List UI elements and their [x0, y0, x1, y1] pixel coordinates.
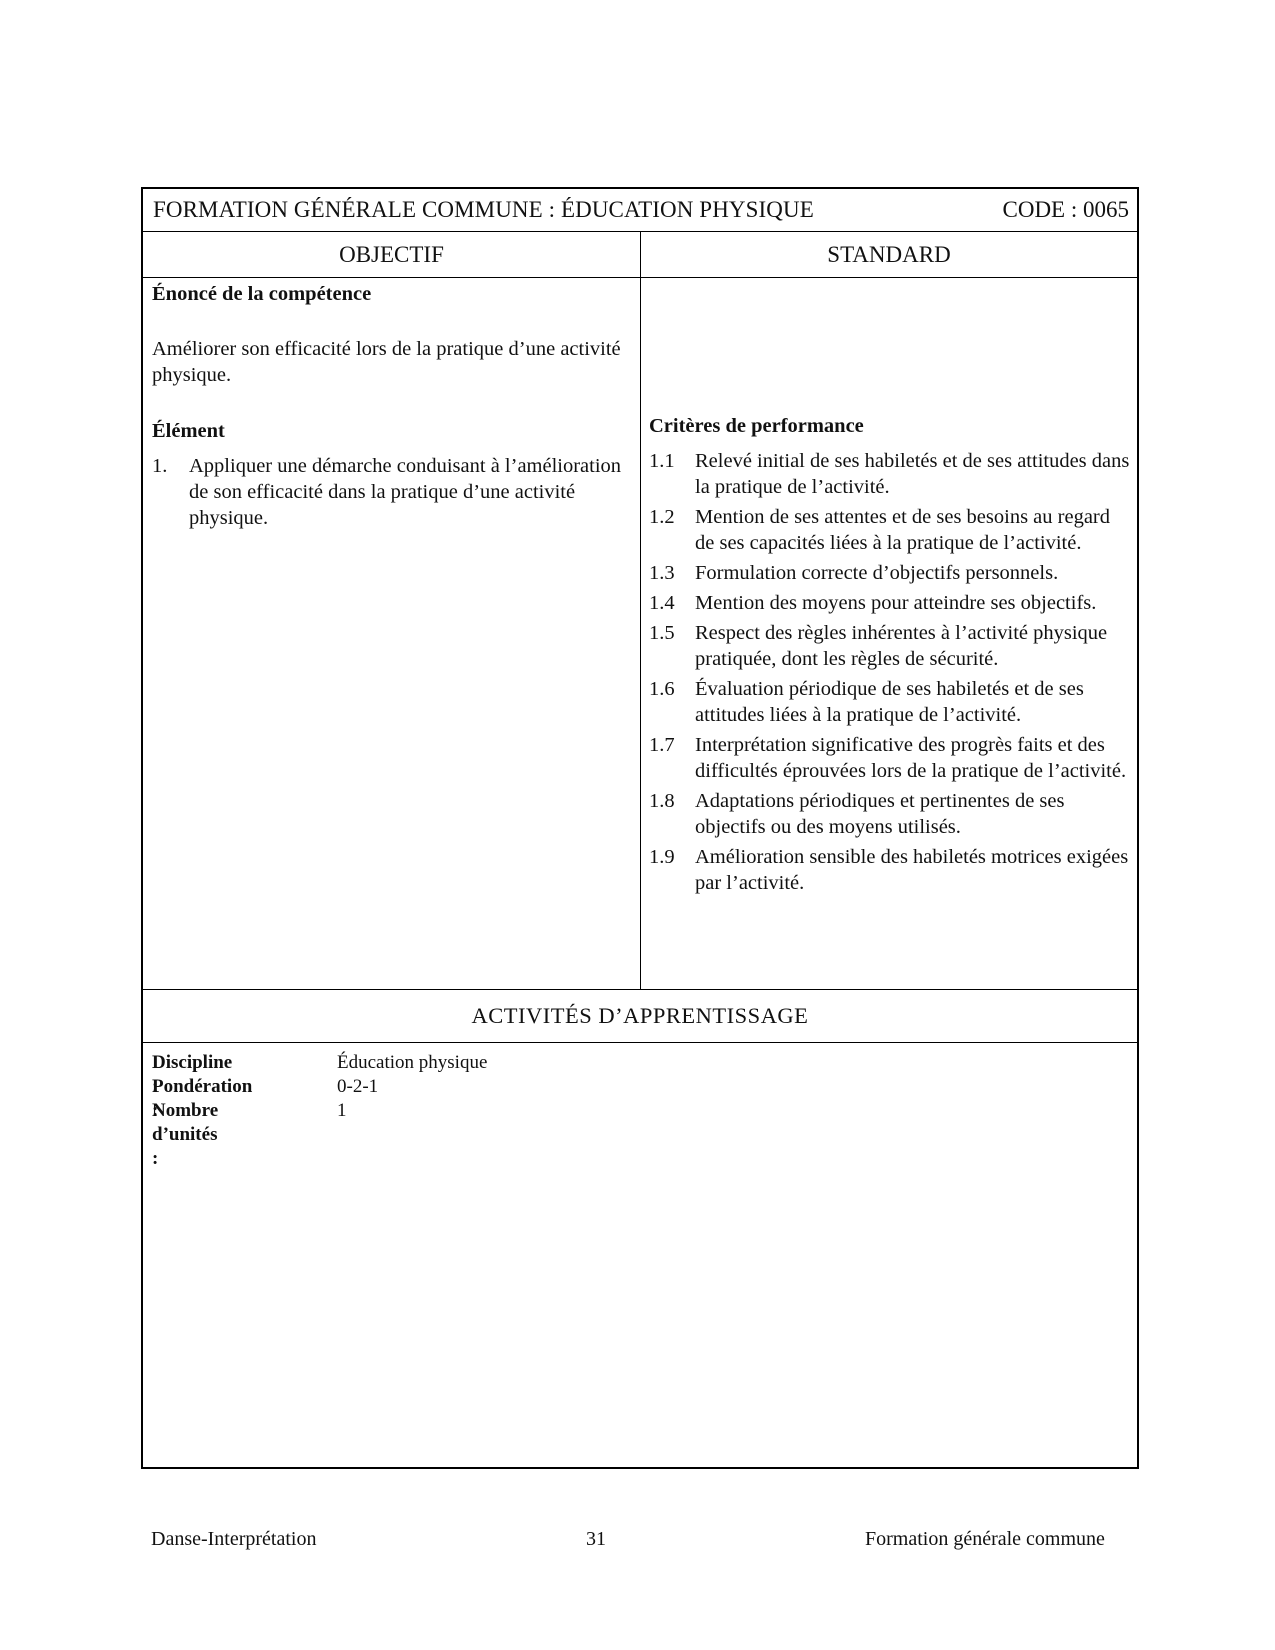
- criterion-item: 1.9Amélioration sensible des habiletés m…: [649, 844, 1133, 896]
- criterion-text: Formulation correcte d’objectifs personn…: [695, 562, 1058, 584]
- criterion-number: 1.9: [649, 844, 675, 870]
- title-row: FORMATION GÉNÉRALE COMMUNE : ÉDUCATION P…: [143, 189, 1137, 232]
- criterion-text: Relevé initial de ses habiletés et de se…: [695, 450, 1129, 498]
- objectif-header: OBJECTIF: [143, 232, 640, 277]
- enonce-text: Améliorer son efficacité lors de la prat…: [152, 336, 632, 388]
- element-heading: Élément: [152, 418, 632, 444]
- criterion-item: 1.1Relevé initial de ses habiletés et de…: [649, 448, 1133, 500]
- criterion-number: 1.4: [649, 590, 675, 616]
- criterion-number: 1.3: [649, 560, 675, 586]
- element-text: Appliquer une démarche conduisant à l’am…: [189, 455, 621, 529]
- criterion-text: Mention de ses attentes et de ses besoin…: [695, 506, 1110, 554]
- element-number: 1.: [152, 453, 167, 479]
- standard-column: Critères de performance 1.1Relevé initia…: [649, 278, 1133, 896]
- criterion-number: 1.6: [649, 676, 675, 702]
- criterion-number: 1.5: [649, 620, 675, 646]
- standard-header: STANDARD: [641, 232, 1137, 277]
- enonce-heading: Énoncé de la compétence: [152, 281, 632, 307]
- criterion-item: 1.5Respect des règles inhérentes à l’act…: [649, 620, 1133, 672]
- footer-program: Danse-Interprétation: [151, 1528, 316, 1551]
- criterion-number: 1.2: [649, 504, 675, 530]
- criterion-item: 1.4Mention des moyens pour atteindre ses…: [649, 590, 1133, 616]
- criterion-number: 1.1: [649, 448, 675, 474]
- criterion-text: Mention des moyens pour atteindre ses ob…: [695, 592, 1096, 614]
- column-divider: [640, 232, 641, 989]
- criterion-text: Évaluation périodique de ses habiletés e…: [695, 678, 1084, 726]
- activities-row: ACTIVITÉS D’APPRENTISSAGE: [143, 989, 1137, 1043]
- objectif-column: Énoncé de la compétence Améliorer son ef…: [152, 278, 632, 531]
- criterion-item: 1.3Formulation correcte d’objectifs pers…: [649, 560, 1133, 586]
- element-item: 1. Appliquer une démarche conduisant à l…: [152, 453, 632, 531]
- course-title: FORMATION GÉNÉRALE COMMUNE : ÉDUCATION P…: [153, 197, 814, 223]
- criterion-item: 1.7Interprétation significative des prog…: [649, 732, 1133, 784]
- criterion-number: 1.8: [649, 788, 675, 814]
- criteria-heading: Critères de performance: [649, 413, 1133, 439]
- footer-page-number: 31: [586, 1528, 606, 1551]
- criteria-list: 1.1Relevé initial de ses habiletés et de…: [649, 448, 1133, 896]
- ponderation-value: 0-2-1: [337, 1075, 378, 1099]
- criterion-text: Adaptations périodiques et pertinentes d…: [695, 790, 1064, 838]
- units-label: Nombre d’unités :: [152, 1099, 218, 1171]
- criterion-number: 1.7: [649, 732, 675, 758]
- footer-section: Formation générale commune: [865, 1528, 1105, 1551]
- criterion-item: 1.8Adaptations périodiques et pertinente…: [649, 788, 1133, 840]
- criterion-text: Respect des règles inhérentes à l’activi…: [695, 622, 1107, 670]
- criterion-item: 1.2Mention de ses attentes et de ses bes…: [649, 504, 1133, 556]
- criterion-text: Amélioration sensible des habiletés motr…: [695, 846, 1128, 894]
- criterion-item: 1.6Évaluation périodique de ses habileté…: [649, 676, 1133, 728]
- criterion-text: Interprétation significative des progrès…: [695, 734, 1126, 782]
- discipline-value: Éducation physique: [337, 1051, 487, 1075]
- course-code: CODE : 0065: [1003, 197, 1130, 223]
- activities-heading: ACTIVITÉS D’APPRENTISSAGE: [143, 990, 1137, 1042]
- units-value: 1: [337, 1099, 347, 1123]
- competency-table: FORMATION GÉNÉRALE COMMUNE : ÉDUCATION P…: [141, 187, 1139, 1469]
